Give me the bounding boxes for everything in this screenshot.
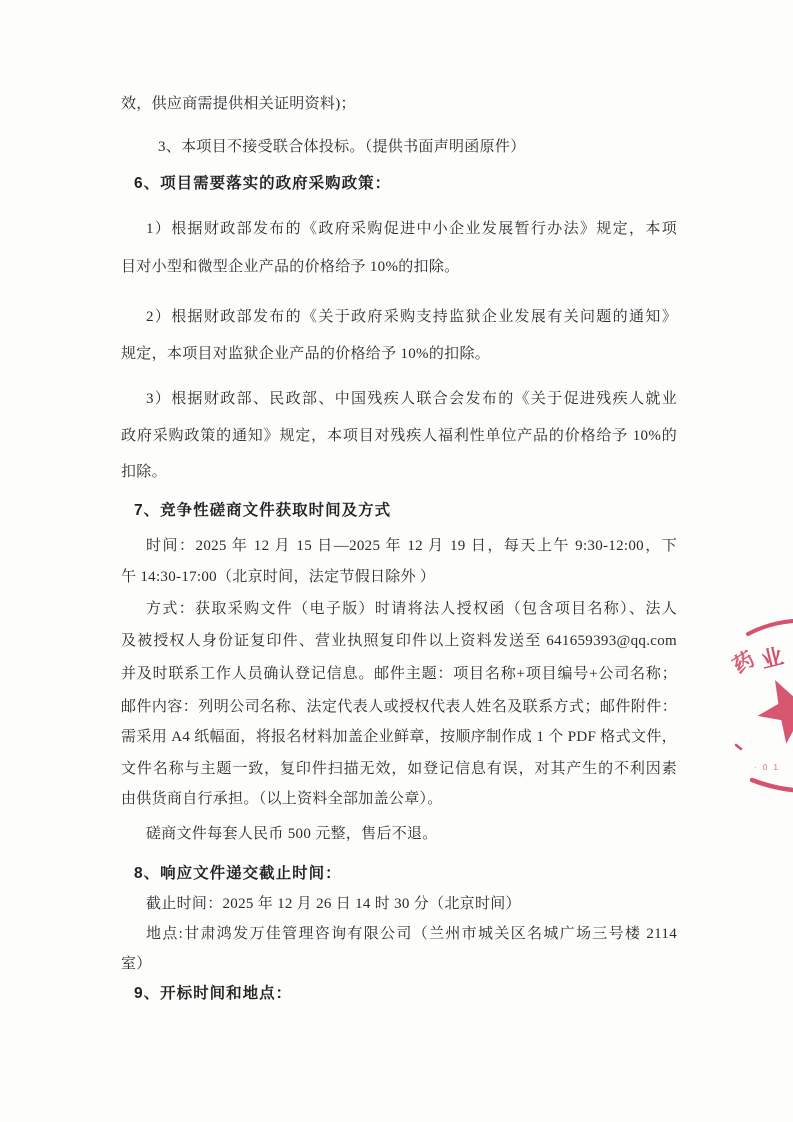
method-line-6: 文件名称与主题一致，复印件扫描无效，如登记信息有误，对其产生的不利因素 bbox=[121, 758, 677, 782]
company-seal-stamp: 药 业 · 0 1 bbox=[731, 612, 793, 807]
method-line-2: 及被授权人身份证复印件、营业执照复印件以上资料发送至 641659393@qq.… bbox=[121, 630, 677, 654]
policy-3-line-3: 扣除。 bbox=[121, 461, 677, 485]
section-8-heading: 8、响应文件递交截止时间： bbox=[121, 863, 677, 887]
policy-3-line-2: 政府采购政策的通知》规定，本项目对残疾人福利性单位产品的价格给予 10%的 bbox=[121, 425, 677, 449]
policy-2-line-2: 规定，本项目对监狱企业产品的价格给予 10%的扣除。 bbox=[121, 343, 677, 367]
seal-char-1: 药 bbox=[731, 647, 759, 678]
seal-star-icon bbox=[758, 680, 793, 744]
section-6-heading: 6、项目需要落实的政府采购政策： bbox=[121, 173, 677, 197]
location-line-1: 地点:甘肃鸿发万佳管理咨询有限公司（兰州市城关区名城广场三号楼 2114 bbox=[121, 923, 677, 947]
policy-3-line-1: 3）根据财政部、民政部、中国残疾人联合会发布的《关于促进残疾人就业 bbox=[121, 388, 677, 412]
price-line: 磋商文件每套人民币 500 元整，售后不退。 bbox=[121, 823, 677, 847]
deadline-line: 截止时间：2025 年 12 月 26 日 14 时 30 分（北京时间） bbox=[121, 893, 677, 917]
method-line-5: 需采用 A4 纸幅面，将报名材料加盖企业鲜章，按顺序制作成 1 个 PDF 格式… bbox=[121, 726, 677, 750]
policy-1-line-2: 目对小型和微型企业产品的价格给予 10%的扣除。 bbox=[121, 256, 677, 280]
policy-2-line-1: 2）根据财政部发布的《关于政府采购支持监狱企业发展有关问题的通知》 bbox=[121, 306, 677, 330]
section-7-heading: 7、竞争性磋商文件获取时间及方式 bbox=[121, 500, 677, 524]
seal-serial-fragment: · 0 1 bbox=[754, 763, 780, 772]
method-line-7: 由供货商自行承担。（以上资料全部加盖公章）。 bbox=[121, 788, 677, 812]
time-line-2: 午 14:30-17:00（北京时间，法定节假日除外 ） bbox=[121, 566, 677, 590]
doc-line-continuation-2: 3、本项目不接受联合体投标。（提供书面声明函原件） bbox=[121, 136, 677, 160]
method-line-3: 并及时联系工作人员确认登记信息。邮件主题：项目名称+项目编号+公司名称； bbox=[121, 663, 677, 687]
location-line-2: 室） bbox=[121, 953, 677, 977]
policy-1-line-1: 1）根据财政部发布的《政府采购促进中小企业发展暂行办法》规定，本项 bbox=[121, 218, 677, 242]
document-page: 效，供应商需提供相关证明资料)； 3、本项目不接受联合体投标。（提供书面声明函原… bbox=[0, 0, 793, 1122]
time-line-1: 时间：2025 年 12 月 15 日—2025 年 12 月 19 日，每天上… bbox=[121, 535, 677, 559]
seal-char-2: 业 bbox=[758, 643, 785, 673]
method-line-1: 方式：获取采购文件（电子版）时请将法人授权函（包含项目名称）、法人 bbox=[121, 598, 677, 622]
doc-line-continuation-1: 效，供应商需提供相关证明资料)； bbox=[121, 93, 677, 117]
company-seal-icon: 药 业 · 0 1 bbox=[731, 612, 793, 807]
section-9-heading: 9、开标时间和地点： bbox=[121, 983, 677, 1007]
method-line-4: 邮件内容：列明公司名称、法定代表人或授权代表人姓名及联系方式；邮件附件： bbox=[121, 696, 677, 720]
